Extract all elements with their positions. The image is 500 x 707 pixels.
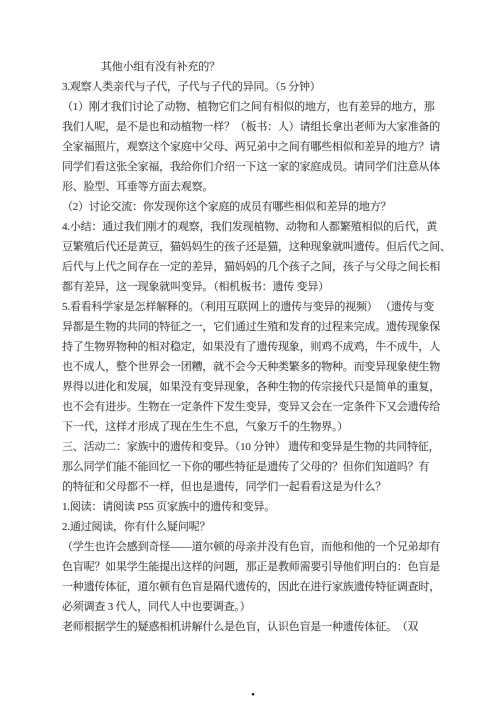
text-line: 也不会有进步。生物在一定条件下发生变异，变异又会在一定条件下又会遗传给 <box>62 397 444 417</box>
text-line: 1.阅读：请阅读 P55 页家族中的遗传和变异。 <box>62 497 444 517</box>
text-line: 后代与上代之间存在一定的差异，猫妈妈的几个孩子之间，孩子与父母之间长相 <box>62 257 444 277</box>
text-line: 我们人呢，是不是也和动植物一样？（板书：人）请组长拿出老师为大家准备的 <box>62 117 444 137</box>
text-line: 那么同学们能不能回忆一下你的哪些特征是遗传了父母的？但你们知道吗？有 <box>62 457 444 477</box>
text-line: 5.看看科学家是怎样解释的。（利用互联网上的遗传与变异的视频） （遗传与变 <box>62 297 444 317</box>
text-line: （学生也许会感到奇怪——道尔顿的母亲并没有色盲，而他和他的一个兄弟却有 <box>62 537 444 557</box>
text-line: （2）讨论交流：你发现你这个家庭的成员有哪些相似和差异的地方？ <box>62 197 444 217</box>
text-line: 下一代，这样才形成了现在生生不息，气象万千的生物界。） <box>62 417 444 437</box>
text-line: 其他小组有没有补充的？ <box>62 57 444 77</box>
text-line: （1）刚才我们讨论了动物、植物它们之间有相似的地方，也有差异的地方，那 <box>62 97 444 117</box>
document-page: 其他小组有没有补充的？3.观察人类亲代与子代，子代与子代的异同。（5 分钟）（1… <box>0 0 500 707</box>
text-line: 三、活动二：家族中的遗传和变异。（10 分钟） 遗传和变异是生物的共同特征， <box>62 437 444 457</box>
text-line: 形、脸型、耳垂等方面去观察。 <box>62 177 444 197</box>
text-line: 也不成人，整个世界会一团糟，就不会今天种类繁多的物种。而变异现象使生物 <box>62 357 444 377</box>
text-line: 同学们看这张全家福，我给你们介绍一下这一家的家庭成员。请同学们注意从体 <box>62 157 444 177</box>
text-line: 2.通过阅读，你有什么疑问呢？ <box>62 517 444 537</box>
text-line: 必须调查 3 代人，同代人中也要调查。） <box>62 597 444 617</box>
text-line: 异都是生物的共同的特征之一，它们通过生殖和发育的过程来完成。遗传现象保 <box>62 317 444 337</box>
document-body: 其他小组有没有补充的？3.观察人类亲代与子代，子代与子代的异同。（5 分钟）（1… <box>62 57 444 637</box>
text-line: 持了生物界物种的相对稳定，如果没有了遗传现象，则鸡不成鸡，牛不成牛，人 <box>62 337 444 357</box>
text-line: 4.小结：通过我们刚才的观察，我们发现植物、动物和人都繁殖相似的后代，黄 <box>62 217 444 237</box>
text-line: 一种遗传体征，道尔顿有色盲是隔代遗传的，因此在进行家族遗传特征调查时， <box>62 577 444 597</box>
text-line: 豆繁殖后代还是黄豆，猫妈妈生的孩子还是猫，这种现象就叫遗传。但后代之间、 <box>62 237 444 257</box>
text-line: 老师根据学生的疑惑相机讲解什么是色盲，认识色盲是一种遗传体征。 （双 <box>62 617 444 637</box>
text-line: 界得以进化和发展，如果没有变异现象，各种生物的传宗接代只是简单的重复， <box>62 377 444 397</box>
text-line: 3.观察人类亲代与子代，子代与子代的异同。（5 分钟） <box>62 77 444 97</box>
text-line: 色盲呢？如果学生能提出这样的问题，那正是教师需要引导他们明白的：色盲是 <box>62 557 444 577</box>
text-line: 都有差异，这一现象就叫变异。（相机板书：遗传 变异） <box>62 277 444 297</box>
page-bottom-dot-marker: • <box>247 689 259 701</box>
text-line: 的特征和父母都不一样，但也是遗传，同学们一起看看这是为什么？ <box>62 477 444 497</box>
text-line: 全家福照片，观察这个家庭中父母、两兄弟中之间有哪些相似和差异的地方？请 <box>62 137 444 157</box>
